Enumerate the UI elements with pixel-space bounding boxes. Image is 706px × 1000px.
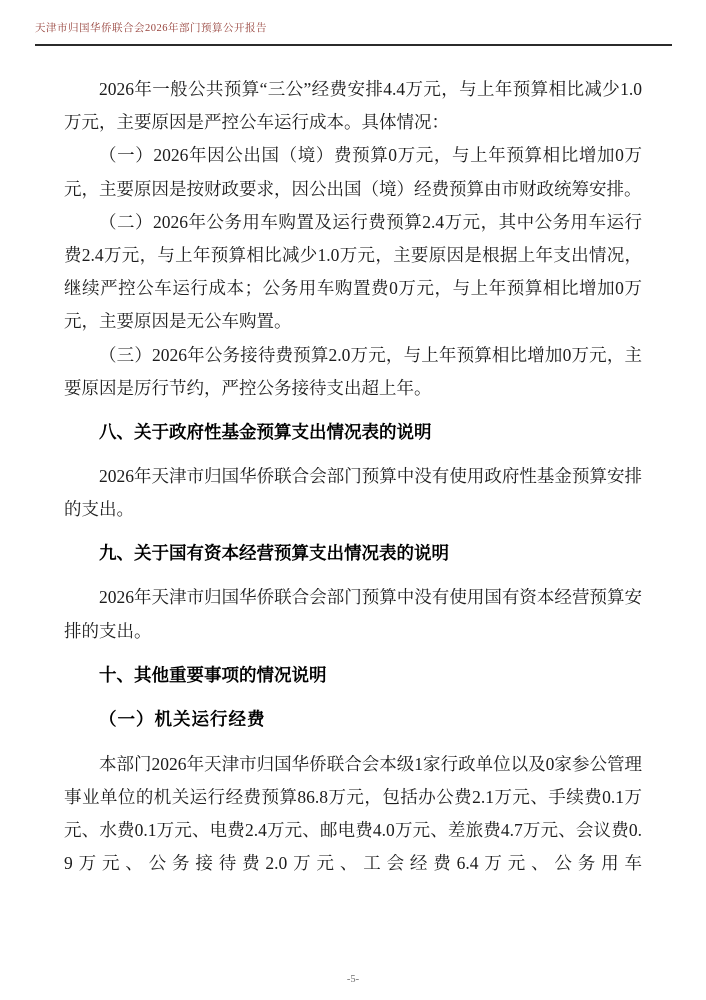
- paragraph-sangong-summary: 2026年一般公共预算“三公”经费安排4.4万元，与上年预算相比减少1.0万元，…: [64, 73, 642, 139]
- heading-section-8-government-fund: 八、关于政府性基金预算支出情况表的说明: [64, 416, 642, 449]
- heading-section-10-other-matters: 十、其他重要事项的情况说明: [64, 659, 642, 692]
- paragraph-overseas-travel-expense: （一）2026年因公出国（境）费预算0万元，与上年预算相比增加0万元，主要原因是…: [64, 139, 642, 205]
- paragraph-official-reception-expense: （三）2026年公务接待费预算2.0万元，与上年预算相比增加0万元，主要原因是厉…: [64, 339, 642, 405]
- page-header-title: 天津市归国华侨联合会2026年部门预算公开报告: [35, 23, 672, 35]
- document-body: 2026年一般公共预算“三公”经费安排4.4万元，与上年预算相比减少1.0万元，…: [64, 46, 642, 881]
- subheading-agency-operating-funds: （一）机关运行经费: [64, 703, 642, 736]
- paragraph-agency-operating-funds: 本部门2026年天津市归国华侨联合会本级1家行政单位以及0家参公管理事业单位的机…: [64, 748, 642, 881]
- page-footer: -5-: [0, 969, 706, 987]
- heading-section-9-state-capital: 九、关于国有资本经营预算支出情况表的说明: [64, 537, 642, 570]
- page-number: -5-: [347, 974, 359, 985]
- paragraph-state-capital-note: 2026年天津市归国华侨联合会部门预算中没有使用国有资本经营预算安排的支出。: [64, 581, 642, 647]
- paragraph-official-vehicle-expense: （二）2026年公务用车购置及运行费预算2.4万元，其中公务用车运行费2.4万元…: [64, 206, 642, 339]
- paragraph-government-fund-note: 2026年天津市归国华侨联合会部门预算中没有使用政府性基金预算安排的支出。: [64, 460, 642, 526]
- page-header: 天津市归国华侨联合会2026年部门预算公开报告: [35, 0, 672, 46]
- document-page: 天津市归国华侨联合会2026年部门预算公开报告 2026年一般公共预算“三公”经…: [0, 0, 706, 1000]
